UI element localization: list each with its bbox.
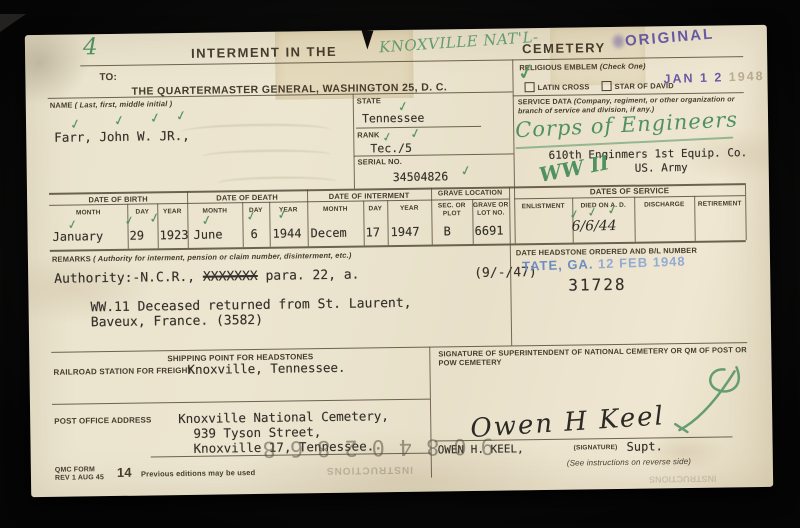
col-year: YEAR	[387, 205, 431, 213]
signature-caption: (SIGNATURE)	[574, 444, 618, 452]
col-discharge: DISCHARGE	[634, 201, 694, 210]
scanned-interment-card-photo: 4 INTERMENT IN THE KNOXVILLE NAT'L- CEME…	[0, 0, 800, 528]
col-grave-or-lot: GRAVE OR LOT NO.	[472, 201, 509, 217]
checkmark: ✓	[112, 113, 126, 130]
bl-number: 31728	[568, 275, 626, 295]
background-debris	[0, 14, 26, 32]
rank-label: RANK	[357, 130, 379, 139]
bleed-through-word: INSTRUCTIONS	[326, 464, 413, 476]
star-of-david-checkbox	[602, 81, 612, 91]
interment-month-value: Decem	[311, 226, 347, 241]
state-value: Tennessee	[362, 111, 425, 126]
col-month: MONTH	[307, 205, 363, 214]
to-label: TO:	[99, 72, 117, 84]
torn-edge-notch	[360, 30, 373, 50]
group-title-death: DATE OF DEATH	[187, 192, 307, 203]
interment-day-value: 17	[366, 225, 381, 239]
col-month: MONTH	[187, 207, 242, 216]
grave-lot-value: 6691	[474, 224, 503, 238]
bleed-through-digits: 908402868	[248, 433, 494, 461]
received-date-stamp: JAN 1 2 1948	[663, 69, 765, 86]
form-title-right: CEMETERY	[522, 40, 606, 57]
unit-line2: US. Army	[635, 161, 688, 175]
stamp-date: 12 FEB 1948	[598, 254, 686, 272]
po-address-line1: Knoxville National Cemetery,	[178, 408, 389, 426]
religious-emblem-label: RELIGIOUS EMBLEM (Check One)	[519, 62, 645, 73]
rank-value: Tec./5	[370, 141, 412, 156]
stamp-date-main: JAN 1 2	[663, 70, 723, 86]
death-year-value: 1944	[273, 226, 302, 240]
remarks-label-paren: ( Authority for interment, pension or cl…	[93, 251, 351, 264]
died-on-ad-value: 6/6/44	[571, 218, 616, 235]
col-sec-or-plot: SEC. OR PLOT	[431, 202, 472, 218]
state-label: STATE	[357, 96, 381, 105]
death-day-value: 6	[251, 227, 258, 241]
name-value: Farr, John W. JR.,	[54, 128, 190, 145]
col-day: DAY	[363, 205, 387, 213]
remarks-line3: Baveux, France. (3582)	[91, 313, 263, 330]
handwritten-number: 4	[83, 34, 98, 60]
bleed-through-ghost	[181, 123, 331, 139]
death-month-value: June	[194, 227, 223, 241]
serial-value: 34504826	[393, 169, 449, 184]
remarks-label: REMARKS ( Authority for interment, pensi…	[52, 251, 352, 264]
serial-label: SERIAL NO.	[358, 157, 402, 167]
latin-cross-label: LATIN CROSS	[538, 82, 590, 92]
grave-section-value: B	[443, 224, 450, 238]
col-died-on-ad: DIED ON A. D.	[572, 202, 634, 211]
struck-out-text: XXXXXXX	[203, 269, 258, 285]
divider	[510, 244, 512, 345]
bleed-through-word: INSTRUCTIONS	[649, 474, 717, 485]
group-title-birth: DATE OF BIRTH	[49, 194, 187, 205]
col-retirement: RETIREMENT	[694, 200, 745, 209]
group-title-interment: DATE OF INTERMENT	[307, 191, 431, 202]
form-title-left: INTERMENT IN THE	[191, 44, 337, 62]
remarks-authority: Authority:-N.C.R.,	[54, 270, 203, 287]
bleed-through-ghost	[217, 176, 337, 190]
table-divider	[745, 183, 747, 240]
name-label-paren: ( Last, first, middle initial )	[75, 99, 173, 109]
checkmark: ✓	[174, 108, 188, 125]
bleed-through-ghost	[201, 149, 331, 163]
signer-title: Supt.	[627, 439, 663, 454]
col-enlistment: ENLISTMENT	[514, 203, 572, 212]
remarks-label-main: REMARKS	[52, 254, 91, 264]
interment-year-value: 1947	[390, 225, 419, 239]
stamp-date-year: 1948	[729, 69, 765, 84]
remarks-line1: Authority:-N.C.R., XXXXXXX para. 22, a.	[54, 268, 359, 287]
divider	[353, 94, 355, 189]
col-year: YEAR	[157, 208, 187, 216]
latin-cross-checkbox	[525, 82, 535, 92]
green-flourish-mark	[664, 361, 750, 437]
railroad-value: Knoxville, Tennessee.	[187, 360, 345, 377]
name-label: NAME ( Last, first, middle initial )	[50, 99, 173, 110]
col-year: YEAR	[269, 206, 307, 214]
birth-day-value: 29	[130, 229, 145, 243]
stamp-place: TATE, GA.	[522, 256, 594, 273]
table-divider	[509, 186, 511, 243]
col-month: MONTH	[49, 209, 127, 218]
religious-label-paren: (Check One)	[600, 62, 646, 72]
rule	[52, 399, 430, 405]
form-number: 14	[117, 465, 132, 481]
checkmark: ✓	[459, 163, 473, 180]
interment-form-card: 4 INTERMENT IN THE KNOXVILLE NAT'L- CEME…	[25, 25, 773, 497]
birth-month-value: January	[53, 229, 104, 244]
railroad-label: RAILROAD STATION FOR FREIGHT	[53, 366, 192, 378]
reverse-side-footnote: (See instructions on reverse side)	[567, 457, 691, 468]
checkmark: ✓	[148, 110, 162, 127]
stamp-smudge	[613, 35, 624, 48]
footer-note: Previous editions may be used	[141, 468, 256, 479]
birth-year-value: 1923	[160, 228, 189, 242]
post-office-label: POST OFFICE ADDRESS	[54, 415, 151, 426]
remarks-paragraph: para. 22, a.	[258, 268, 360, 284]
group-title-grave: GRAVE LOCATION	[431, 189, 509, 198]
name-label-main: NAME	[50, 101, 73, 110]
form-id-line2: REV 1 AUG 45	[55, 474, 104, 483]
